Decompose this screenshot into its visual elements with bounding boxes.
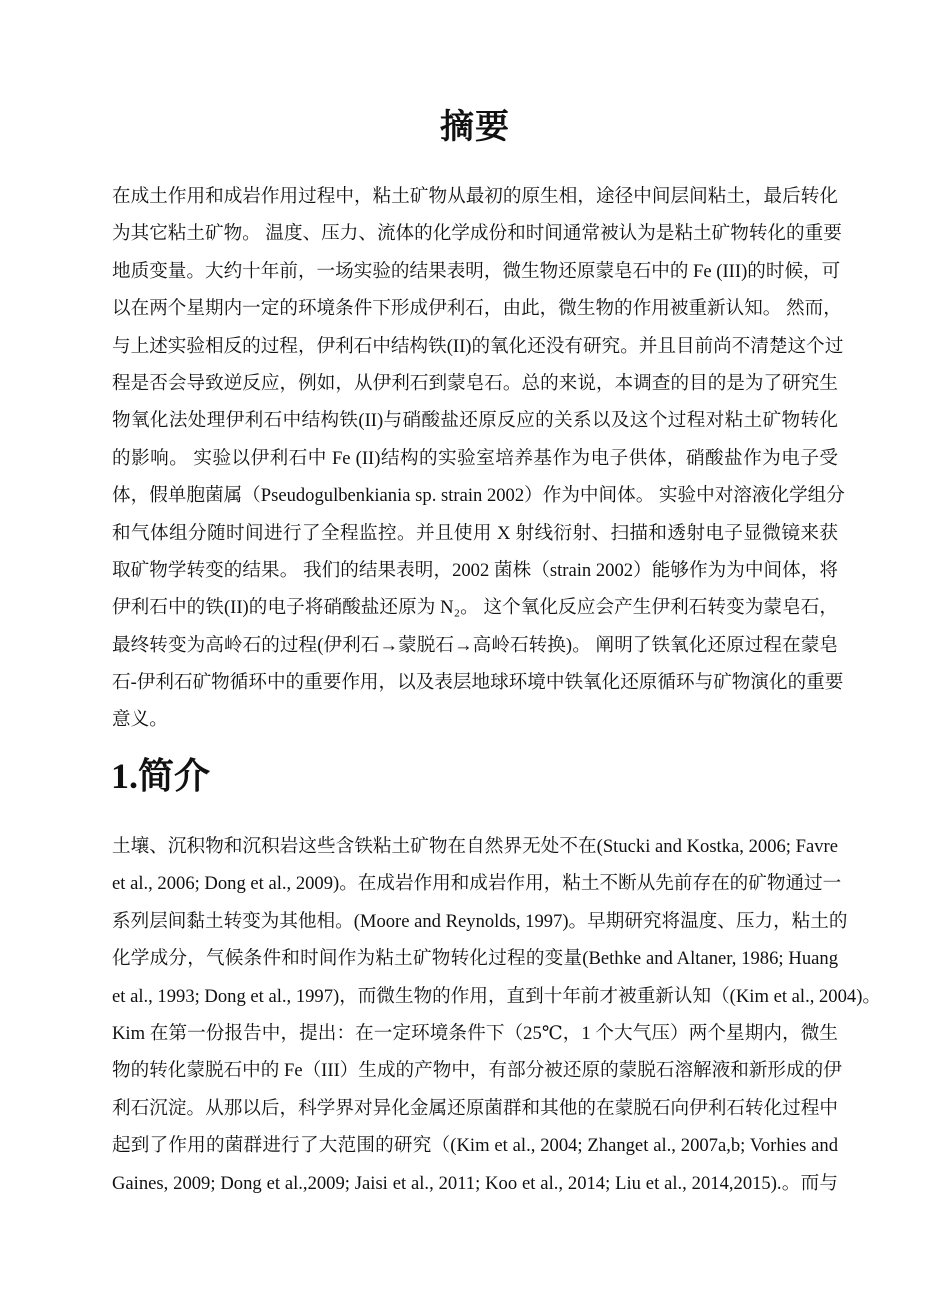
introduction-paragraph: 土壤、沉积物和沉积岩这些含铁粘土矿物在自然界无处不在(Stucki and Ko… [112, 828, 838, 1202]
introduction-line: Kim 在第一份报告中，提出：在一定环境条件下（25℃，1 个大气压）两个星期内… [112, 1015, 838, 1052]
introduction-line: 物的转化蒙脱石中的 Fe（III）生成的产物中，有部分被还原的蒙脱石溶解液和新形… [112, 1052, 838, 1089]
introduction-line: 起到了作用的菌群进行了大范围的研究（(Kim et al., 2004; Zha… [112, 1127, 838, 1164]
abstract-line: 物氧化法处理伊利石中结构铁(II)与硝酸盐还原反应的关系以及这个过程对粘土矿物转… [112, 402, 838, 439]
abstract-line: 以在两个星期内一定的环境条件下形成伊利石，由此，微生物的作用被重新认知。 然而， [112, 290, 838, 327]
abstract-line: 和气体组分随时间进行了全程监控。并且使用 X 射线衍射、扫描和透射电子显微镜来获 [112, 515, 838, 552]
introduction-line: 土壤、沉积物和沉积岩这些含铁粘土矿物在自然界无处不在(Stucki and Ko… [112, 828, 838, 865]
abstract-line: 伊利石中的铁(II)的电子将硝酸盐还原为 N₂。 这个氧化反应会产生伊利石转变为… [112, 589, 838, 626]
introduction-line: Gaines, 2009; Dong et al.,2009; Jaisi et… [112, 1165, 838, 1202]
abstract-paragraph: 在成土作用和成岩作用过程中，粘土矿物从最初的原生相，途径中间层间粘土，最后转化 … [112, 178, 838, 739]
abstract-line: 在成土作用和成岩作用过程中，粘土矿物从最初的原生相，途径中间层间粘土，最后转化 [112, 178, 838, 215]
introduction-line: 化学成分，气候条件和时间作为粘土矿物转化过程的变量(Bethke and Alt… [112, 940, 838, 977]
abstract-line: 体，假单胞菌属（Pseudogulbenkiania sp. strain 20… [112, 477, 838, 514]
abstract-line: 为其它粘土矿物。 温度、压力、流体的化学成份和时间通常被认为是粘土矿物转化的重要 [112, 215, 838, 252]
abstract-line: 石-伊利石矿物循环中的重要作用，以及表层地球环境中铁氧化还原循环与矿物演化的重要 [112, 664, 838, 701]
introduction-line: et al., 2006; Dong et al., 2009)。在成岩作用和成… [112, 865, 838, 902]
abstract-line: 意义。 [112, 701, 838, 738]
introduction-line: 系列层间黏土转变为其他相。(Moore and Reynolds, 1997)。… [112, 903, 838, 940]
abstract-line: 程是否会导致逆反应，例如，从伊利石到蒙皂石。总的来说，本调查的目的是为了研究生 [112, 365, 838, 402]
introduction-line: et al., 1993; Dong et al., 1997)，而微生物的作用… [112, 978, 838, 1015]
section-heading-introduction: 1.简介 [111, 750, 210, 802]
abstract-line: 的影响。 实验以伊利石中 Fe (II)结构的实验室培养基作为电子供体，硝酸盐作… [112, 440, 838, 477]
abstract-title: 摘要 [0, 104, 926, 152]
abstract-line: 取矿物学转变的结果。 我们的结果表明，2002 菌株（strain 2002）能… [112, 552, 838, 589]
abstract-line: 与上述实验相反的过程，伊利石中结构铁(II)的氧化还没有研究。并且目前尚不清楚这… [112, 328, 838, 365]
abstract-line: 地质变量。大约十年前，一场实验的结果表明，微生物还原蒙皂石中的 Fe (III)… [112, 253, 838, 290]
abstract-line: 最终转变为高岭石的过程(伊利石→蒙脱石→高岭石转换)。 阐明了铁氧化还原过程在蒙… [112, 627, 838, 664]
introduction-line: 利石沉淀。从那以后，科学界对异化金属还原菌群和其他的在蒙脱石向伊利石转化过程中 [112, 1090, 838, 1127]
